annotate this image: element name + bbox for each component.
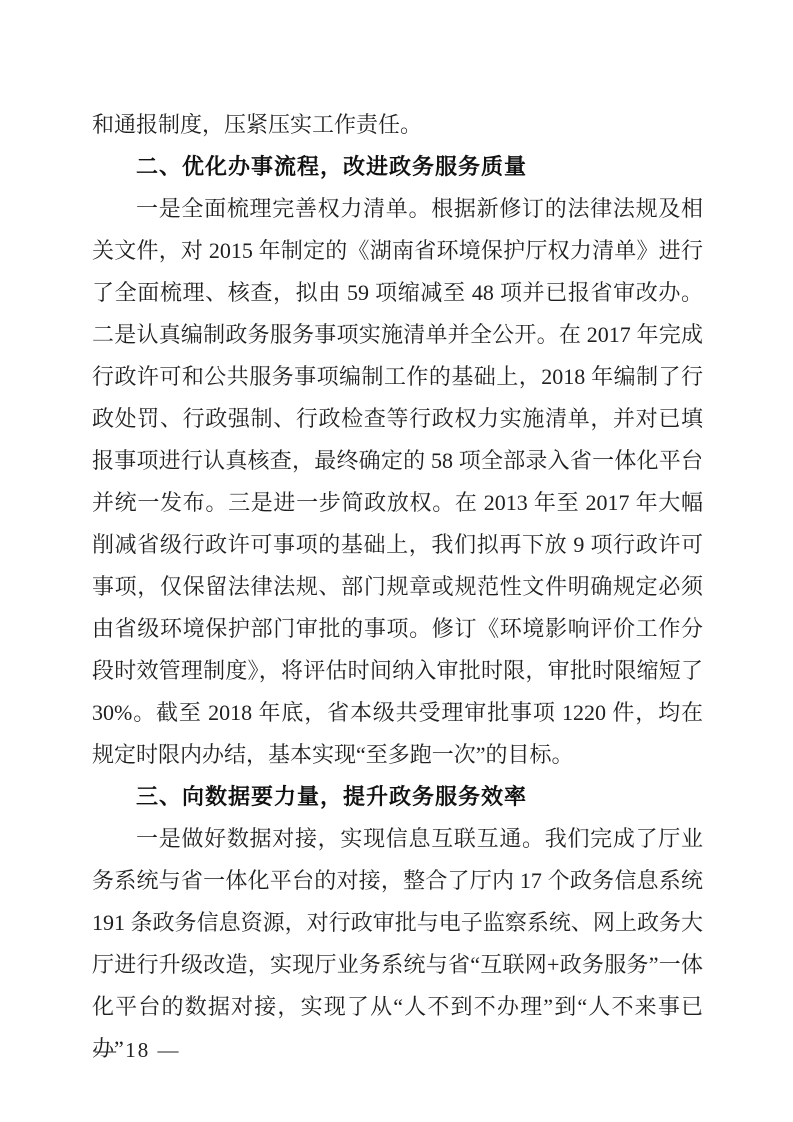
section-heading-2: 二、优化办事流程，改进政务服务质量	[92, 146, 703, 188]
section-3-paragraph: 一是做好数据对接，实现信息互联互通。我们完成了厅业务系统与省一体化平台的对接，整…	[92, 818, 703, 1070]
continuation-paragraph: 和通报制度，压紧压实工作责任。	[92, 104, 703, 146]
section-heading-3: 三、向数据要力量，提升政务服务效率	[92, 776, 703, 818]
document-page: 和通报制度，压紧压实工作责任。 二、优化办事流程，改进政务服务质量 一是全面梳理…	[0, 0, 793, 1122]
section-2-paragraph: 一是全面梳理完善权力清单。根据新修订的法律法规及相关文件，对 2015 年制定的…	[92, 188, 703, 776]
page-number: — 18 —	[95, 1038, 181, 1063]
